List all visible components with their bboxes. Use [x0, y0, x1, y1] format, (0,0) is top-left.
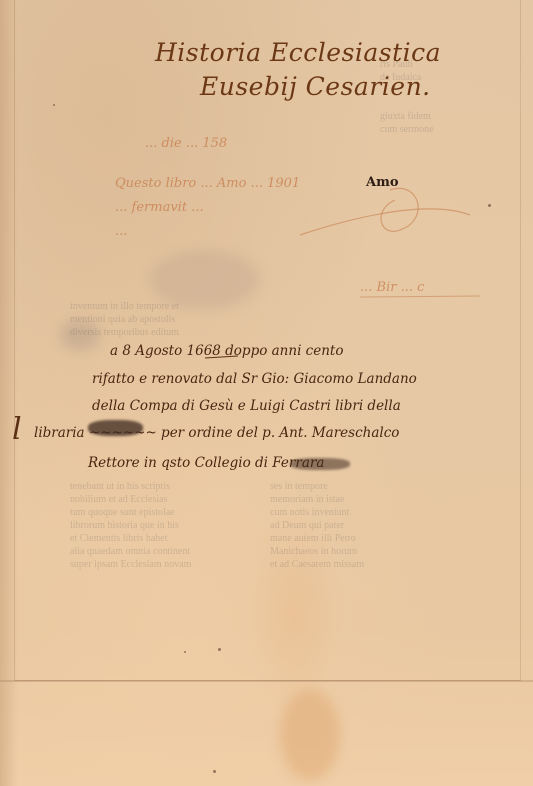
page-fold: [0, 680, 533, 682]
note-line-3: della Compa di Gesù e Luigi Castri libri…: [92, 398, 401, 414]
manuscript-page: ris Pauli da Iudaica giuxta fidem cum se…: [0, 0, 533, 786]
margin-mark: l: [12, 412, 22, 447]
foxing-spot: [218, 648, 221, 651]
bleed-through-print: tenebant ut in his scriptis nobilium et …: [70, 480, 191, 571]
ink-blot: [88, 420, 143, 436]
foxing-spot: [213, 770, 216, 773]
underline-stroke: [0, 0, 533, 400]
foxing-spot: [184, 651, 186, 653]
bleed-through-print: ses in tempore memoriam in istae cum not…: [270, 480, 364, 571]
water-stain: [280, 690, 340, 780]
note-line-5: Rettore in qsto Collegio di Ferrara: [88, 455, 324, 471]
ink-blot: [290, 458, 350, 470]
